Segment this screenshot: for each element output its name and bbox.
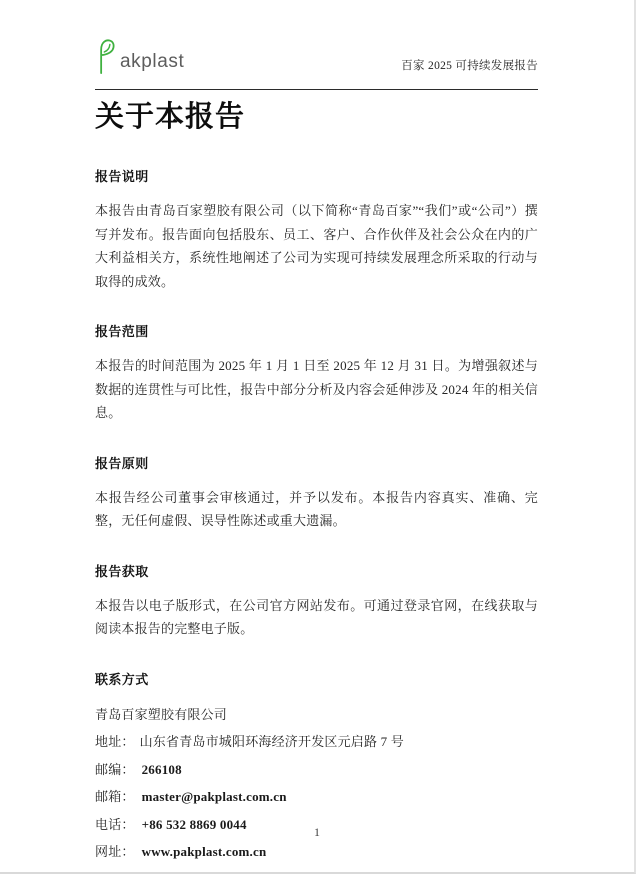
contact-website: 网址：www.pakplast.com.cn [95, 838, 538, 866]
contact-value: master@pakplast.com.cn [142, 789, 287, 804]
contact-postcode: 邮编：266108 [95, 756, 538, 784]
section-heading: 报告范围 [95, 323, 538, 341]
contact-label: 网址： [95, 844, 135, 859]
section-heading: 报告说明 [95, 168, 538, 186]
section-body: 本报告由青岛百家塑胶有限公司（以下简称“青岛百家”“我们”或“公司”）撰写并发布… [95, 199, 538, 293]
header-report-title: 百家 2025 可持续发展报告 [401, 57, 538, 73]
contact-address: 地址：山东省青岛市城阳环海经济开发区元启路 7 号 [95, 728, 538, 756]
page-title: 关于本报告 [95, 99, 538, 135]
section-heading: 报告获取 [95, 563, 538, 581]
pakplast-logo: akplast [95, 38, 184, 74]
section-heading: 报告原则 [95, 455, 538, 473]
contact-value: 266108 [142, 762, 182, 777]
leaf-p-logo-icon [95, 38, 119, 74]
section-report-scope: 报告范围 本报告的时间范围为 2025 年 1 月 1 日至 2025 年 12… [95, 323, 538, 425]
contact-label: 地址： [95, 734, 135, 749]
contact-value: 山东省青岛市城阳环海经济开发区元启路 7 号 [140, 734, 404, 749]
contact-lines: 青岛百家塑胶有限公司 地址：山东省青岛市城阳环海经济开发区元启路 7 号 邮编：… [95, 701, 538, 866]
section-report-principles: 报告原则 本报告经公司董事会审核通过，并予以发布。本报告内容真实、准确、完整，无… [95, 455, 538, 533]
contact-label: 邮编： [95, 762, 135, 777]
page-number: 1 [0, 825, 634, 840]
contact-value: www.pakplast.com.cn [142, 844, 267, 859]
section-report-description: 报告说明 本报告由青岛百家塑胶有限公司（以下简称“青岛百家”“我们”或“公司”）… [95, 168, 538, 293]
section-body: 本报告的时间范围为 2025 年 1 月 1 日至 2025 年 12 月 31… [95, 354, 538, 425]
contact-email: 邮箱：master@pakplast.com.cn [95, 783, 538, 811]
section-heading: 联系方式 [95, 671, 538, 689]
section-body: 本报告以电子版形式，在公司官方网站发布。可通过登录官网，在线获取与阅读本报告的完… [95, 594, 538, 641]
contact-company: 青岛百家塑胶有限公司 [95, 701, 538, 729]
section-report-access: 报告获取 本报告以电子版形式，在公司官方网站发布。可通过登录官网，在线获取与阅读… [95, 563, 538, 641]
logo-wordmark: akplast [120, 52, 184, 71]
page-header: akplast 百家 2025 可持续发展报告 [95, 38, 538, 90]
section-body: 本报告经公司董事会审核通过，并予以发布。本报告内容真实、准确、完整，无任何虚假、… [95, 486, 538, 533]
report-page: akplast 百家 2025 可持续发展报告 关于本报告 报告说明 本报告由青… [0, 0, 636, 874]
contact-label: 邮箱： [95, 789, 135, 804]
